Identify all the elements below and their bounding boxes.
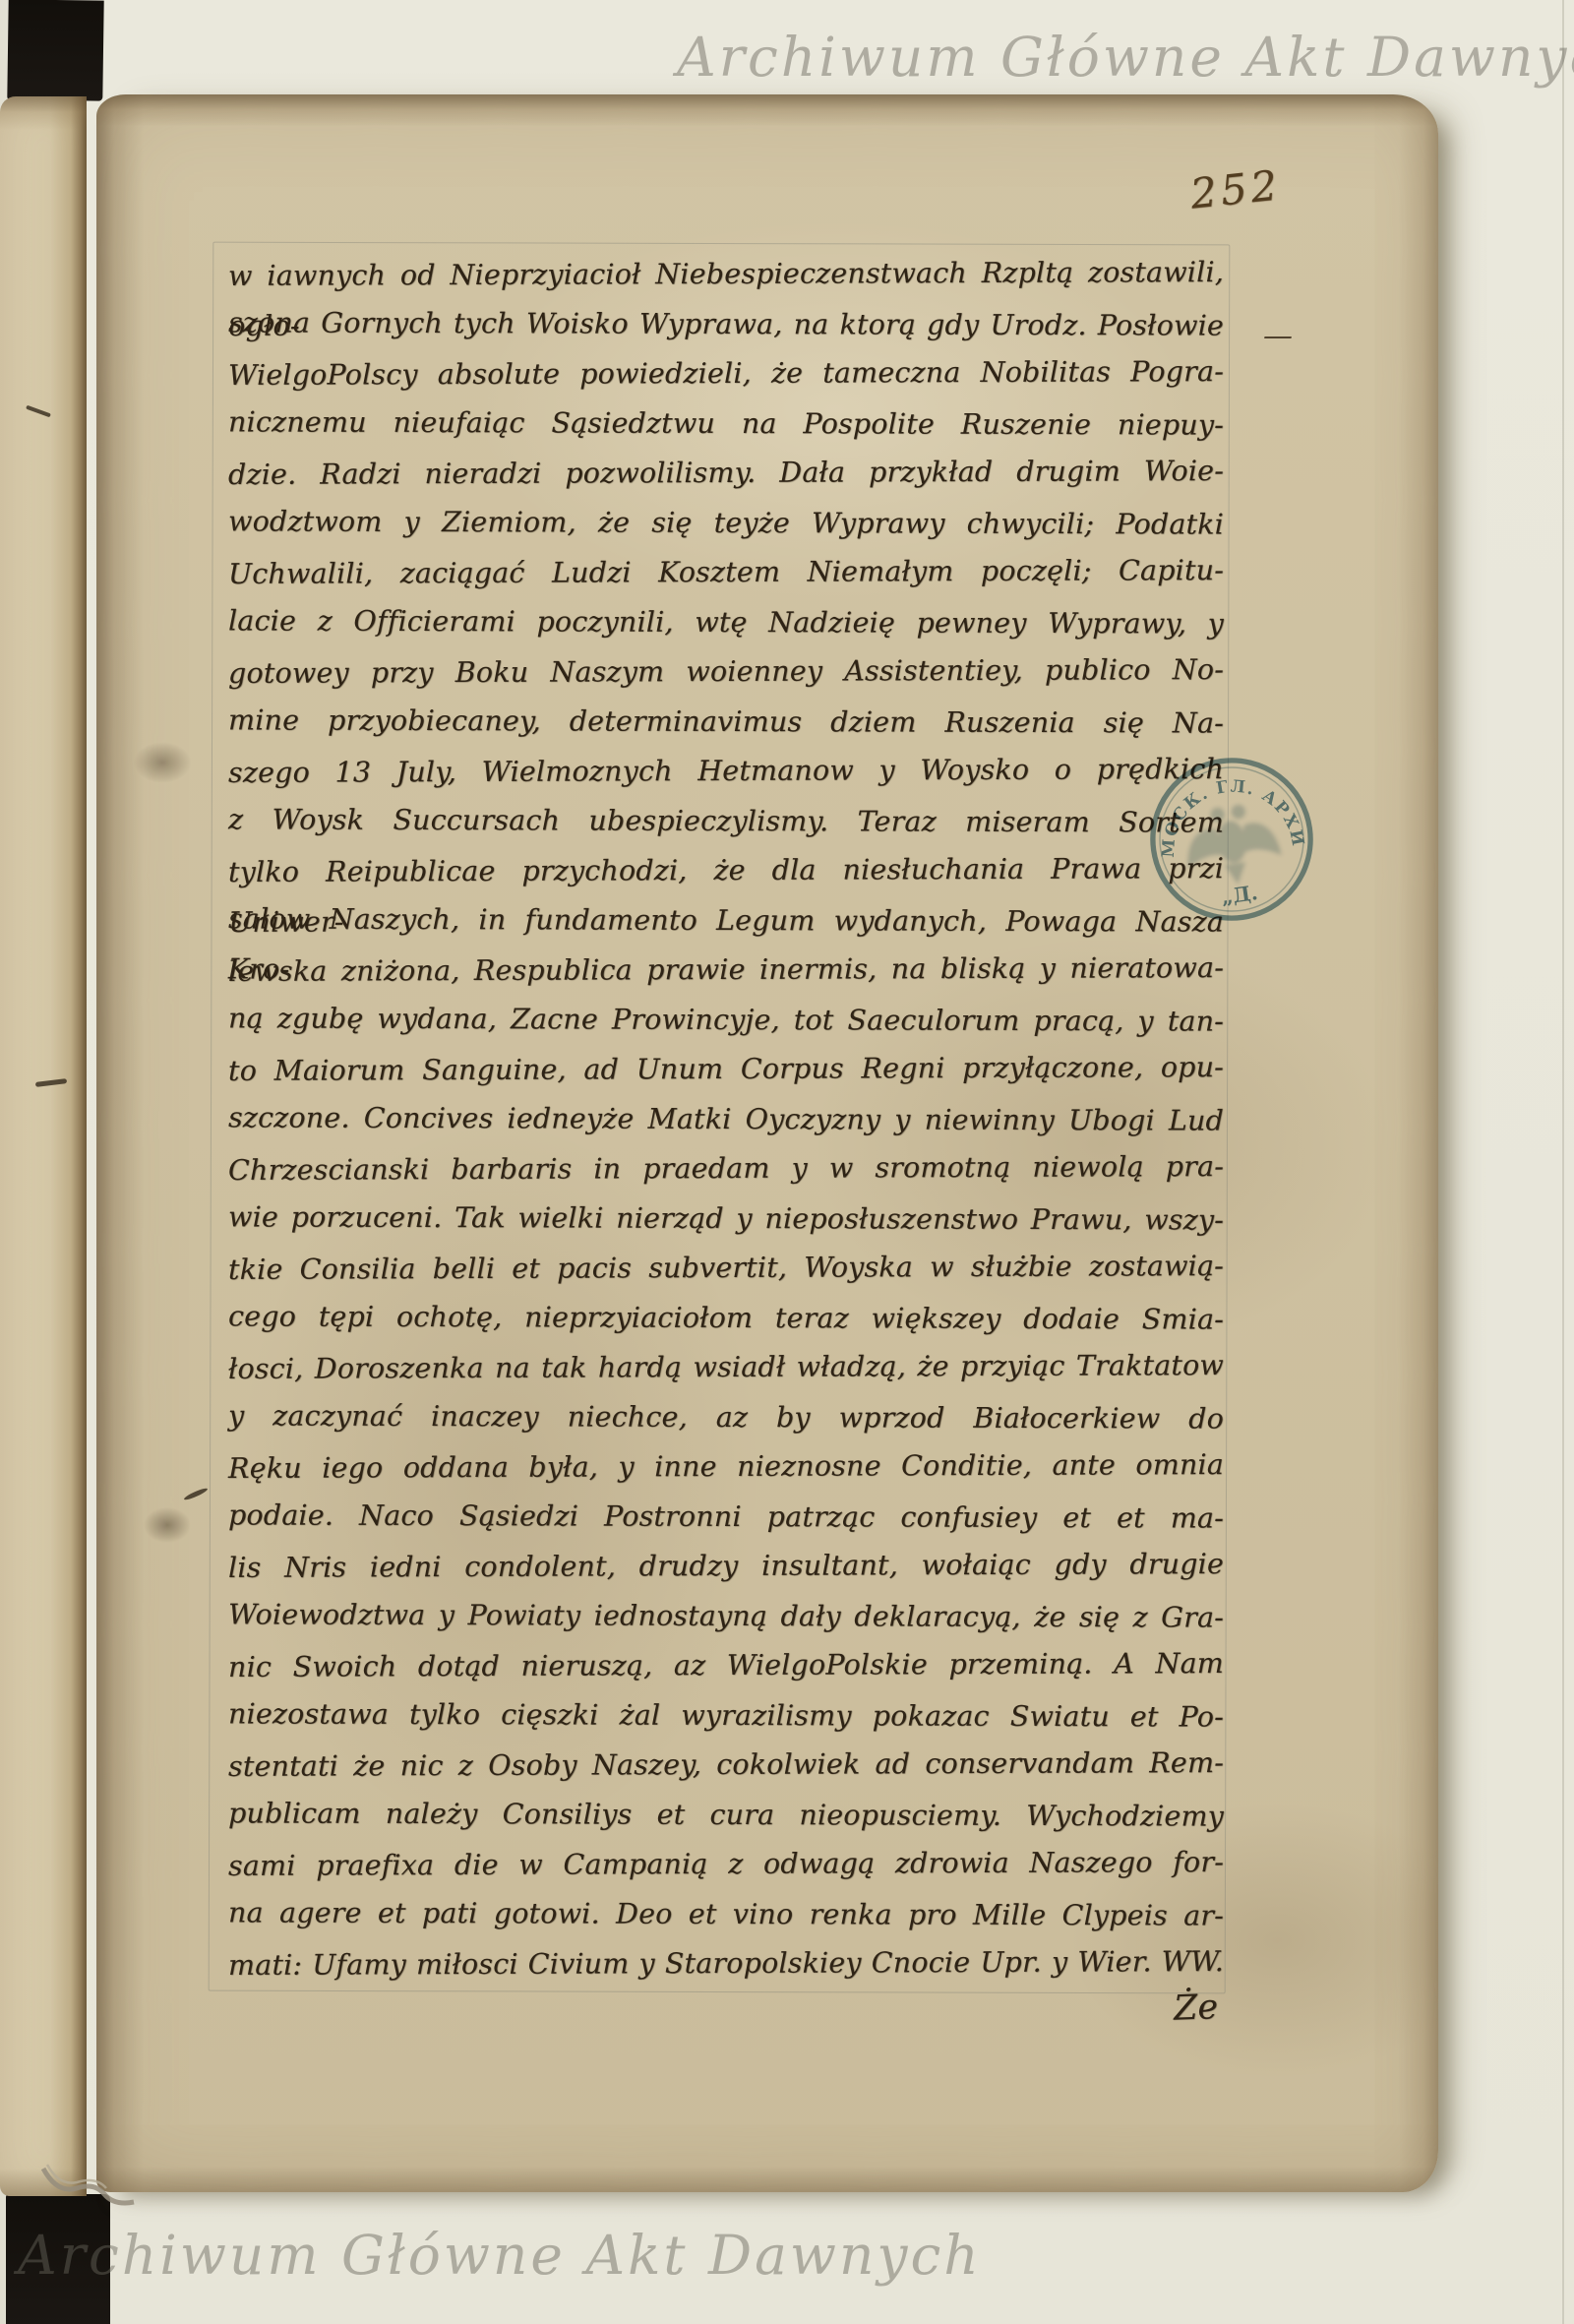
manuscript-line: wie porzuceni. Tak wielki nierząd y niep… <box>228 1193 1224 1246</box>
manuscript-text-block: w iawnych od Nieprzyiacioł Niebespieczen… <box>228 250 1224 1989</box>
manuscript-line: szczone. Concives iedneyże Matki Oyczyzn… <box>228 1093 1224 1146</box>
manuscript-line: sami praefixa die w Campanią z odwagą zd… <box>228 1838 1224 1891</box>
manuscript-line: publicam należy Consiliys et cura nieopu… <box>228 1789 1224 1842</box>
manuscript-line: gotowey przy Boku Naszym woienney Assist… <box>228 645 1224 699</box>
catchword: Że <box>1173 1988 1218 2029</box>
manuscript-line: z Woysk Succursach ubespieczylismy. Tera… <box>228 795 1224 848</box>
manuscript-line: wodztwom y Ziemiom, że się teyże Wyprawy… <box>228 497 1224 550</box>
manuscript-line: dzie. Radzi nieradzi pozwolilismy. Dała … <box>228 447 1224 500</box>
manuscript-line: szego 13 July, Wielmoznych Hetmanow y Wo… <box>228 745 1224 798</box>
manuscript-line: lacie z Officierami poczynili, wtę Nadzi… <box>228 596 1224 649</box>
archive-watermark-top: Archiwum Główne Akt Dawnych <box>677 26 1574 89</box>
stamp-bottom-text: „Д. <box>1220 881 1259 909</box>
manuscript-line: tylko Reipublicae przychodzi, że dla nie… <box>228 844 1224 897</box>
manuscript-page: 252 — w iawnych od Nieprzyiacioł Niebesp… <box>96 94 1438 2192</box>
manuscript-line: cego tępi ochotę, nieprzyiaciołom teraz … <box>228 1292 1224 1345</box>
manuscript-line: mati: Ufamy miłosci Civium y Staropolski… <box>228 1937 1224 1990</box>
sewing-thread <box>37 2151 146 2214</box>
manuscript-line: podaie. Naco Sąsiedzi Postronni patrząc … <box>228 1491 1224 1544</box>
manuscript-line: na agere et pati gotowi. Deo et vino ren… <box>228 1888 1224 1941</box>
archive-watermark-bottom: Archiwum Główne Akt Dawnych <box>18 2224 982 2287</box>
manuscript-line: Uchwalili, zaciągać Ludzi Kosztem Niemał… <box>228 546 1224 599</box>
manuscript-line: szona Gornych tych Woisko Wyprawa, na kt… <box>228 298 1224 351</box>
manuscript-line: Ręku iego oddana była, y inne nieznosne … <box>228 1440 1224 1494</box>
manuscript-line: niezostawa tylko cięszki żal wyrazilismy… <box>228 1689 1224 1743</box>
manuscript-line: tkie Consilia belli et pacis subvertit, … <box>228 1242 1224 1295</box>
manuscript-line: w iawnych od Nieprzyiacioł Niebespieczen… <box>228 248 1224 301</box>
manuscript-line: Woiewodztwa y Powiaty iednostayną dały d… <box>228 1590 1224 1643</box>
stamp-eagle-icon <box>1180 800 1285 891</box>
manuscript-line: lis Nris iedni condolent, drudzy insulta… <box>228 1540 1224 1593</box>
manuscript-line: to Maiorum Sanguine, ad Unum Corpus Regn… <box>228 1043 1224 1096</box>
scan-crease <box>1562 0 1564 2324</box>
margin-dash: — <box>1263 319 1293 353</box>
binding-strip-top <box>7 0 103 101</box>
manuscript-line: y zaczynać inaczey niechce, az by wprzod… <box>228 1391 1224 1444</box>
manuscript-line: mine przyobiecaney, determinavimus dziem… <box>228 696 1224 749</box>
archive-stamp-icon: МОСК. ГЛ. АРХИВЪ „Д. <box>1132 740 1330 938</box>
manuscript-line: łosci, Doroszenka na tak hardą wsiadł wł… <box>228 1341 1224 1394</box>
scanned-manuscript: 252 — w iawnych od Nieprzyiacioł Niebesp… <box>0 0 1574 2324</box>
manuscript-line: Chrzescianski barbaris in praedam y w sr… <box>228 1142 1224 1195</box>
manuscript-line: sałow Naszych, in fundamento Legum wydan… <box>228 894 1224 948</box>
manuscript-line: nic Swoich dotąd nieruszą, az WielgoPols… <box>228 1639 1224 1692</box>
manuscript-line: stentati że nic z Osoby Naszey, cokolwie… <box>228 1739 1224 1792</box>
manuscript-line: ną zgubę wydana, Zacne Prowincyje, tot S… <box>228 994 1224 1047</box>
manuscript-line: WielgoPolscy absolute powiedzieli, że ta… <box>228 347 1224 400</box>
manuscript-line: nicznemu nieufaiąc Sąsiedztwu na Pospoli… <box>228 398 1224 451</box>
folio-number: 252 <box>1188 160 1284 217</box>
manuscript-line: lewska zniżona, Respublica prawie inermi… <box>228 944 1224 997</box>
